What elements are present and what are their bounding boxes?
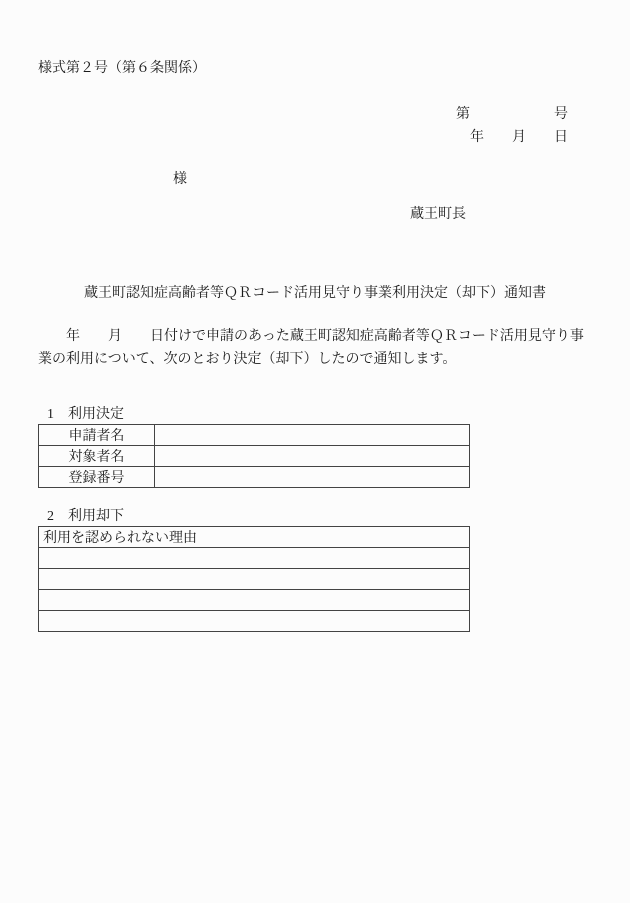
decision-table-row: 登録番号 bbox=[39, 467, 470, 488]
rejection-table-row bbox=[39, 590, 470, 611]
rejection-table-row: 利用を認められない理由 bbox=[39, 527, 470, 548]
subject-name-value-cell bbox=[155, 446, 470, 467]
rejection-table: 利用を認められない理由 bbox=[38, 526, 470, 632]
addressee-honorific: 様 bbox=[173, 168, 187, 188]
registration-number-value-cell bbox=[155, 467, 470, 488]
rejection-table-row bbox=[39, 569, 470, 590]
applicant-name-label-cell: 申請者名 bbox=[39, 425, 155, 446]
decision-table-row: 申請者名 bbox=[39, 425, 470, 446]
rejection-reason-empty-cell bbox=[39, 611, 470, 632]
decision-table: 申請者名 対象者名 登録番号 bbox=[38, 424, 470, 488]
document-number-line: 第 号 bbox=[456, 103, 568, 123]
rejection-table-row bbox=[39, 611, 470, 632]
body-paragraph: 年 月 日付けで申請のあった蔵王町認知症高齢者等ＱＲコード活用見守り事 業の利用… bbox=[38, 325, 598, 371]
section-decision-heading: 1 利用決定 bbox=[47, 403, 124, 423]
notification-document-page: 様式第２号（第６条関係） 第 号 年 月 日 様 蔵王町長 蔵王町認知症高齢者等… bbox=[0, 0, 630, 903]
body-line-2: 業の利用について、次のとおり決定（却下）したので通知します。 bbox=[38, 348, 598, 371]
registration-number-label-cell: 登録番号 bbox=[39, 467, 155, 488]
document-title: 蔵王町認知症高齢者等ＱＲコード活用見守り事業利用決定（却下）通知書 bbox=[0, 282, 630, 302]
body-line-1: 年 月 日付けで申請のあった蔵王町認知症高齢者等ＱＲコード活用見守り事 bbox=[38, 325, 598, 348]
applicant-name-value-cell bbox=[155, 425, 470, 446]
decision-table-row: 対象者名 bbox=[39, 446, 470, 467]
date-line: 年 月 日 bbox=[470, 126, 568, 146]
rejection-reason-empty-cell bbox=[39, 590, 470, 611]
rejection-reason-empty-cell bbox=[39, 548, 470, 569]
subject-name-label-cell: 対象者名 bbox=[39, 446, 155, 467]
form-number-label: 様式第２号（第６条関係） bbox=[38, 57, 206, 77]
section-rejection-heading: 2 利用却下 bbox=[47, 505, 124, 525]
rejection-reason-header-cell: 利用を認められない理由 bbox=[39, 527, 470, 548]
rejection-reason-empty-cell bbox=[39, 569, 470, 590]
sender-title: 蔵王町長 bbox=[410, 203, 466, 223]
rejection-table-row bbox=[39, 548, 470, 569]
